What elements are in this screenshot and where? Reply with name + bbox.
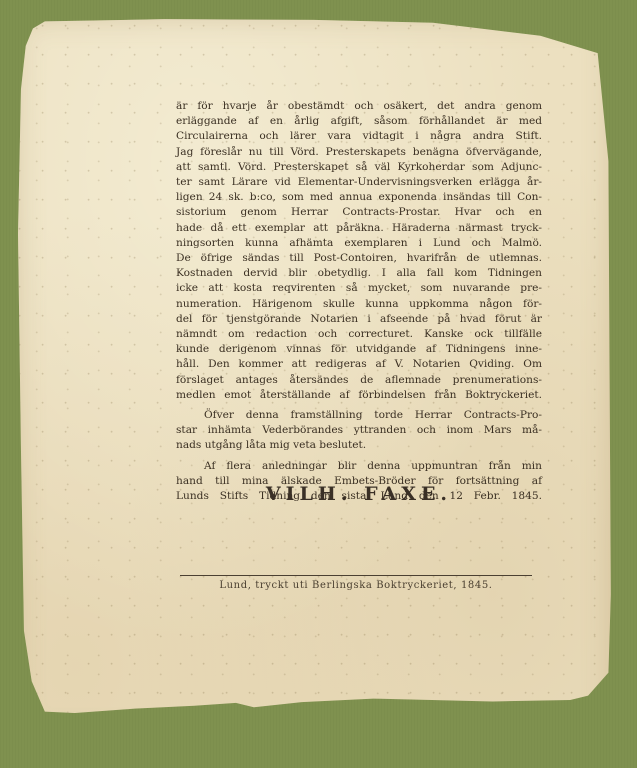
text-line: sistorium genom Herrar Contracts-Prostar… (176, 205, 542, 220)
text-line: Öfver denna framställning torde Herrar C… (176, 408, 542, 423)
text-line: nads utgång låta mig veta beslutet. (176, 438, 542, 453)
body-text: är för hvarje år obestämdt och osäkert, … (176, 99, 542, 504)
text-line: Jag föreslår nu till Vörd. Presterskapet… (176, 145, 542, 160)
horizontal-rule (180, 575, 532, 576)
text-line: De öfrige sändas till Post-Contoiren, hv… (176, 251, 542, 266)
text-line: hade då ett exemplar att påräkna. Härade… (176, 221, 542, 236)
text-line: del för tjenstgörande Notarien i afseend… (176, 312, 542, 327)
text-line: Af flera anledningar blir denna uppmuntr… (176, 459, 542, 474)
text-line: Kostnaden dervid blir obetydlig. I alla … (176, 266, 542, 281)
paragraph-1: är för hvarje år obestämdt och osäkert, … (176, 99, 542, 403)
printer-imprint: Lund, tryckt uti Berlingska Boktryckerie… (180, 580, 532, 591)
text-line: numeration. Härigenom skulle kunna uppko… (176, 297, 542, 312)
text-line: ningsorten kunna afhämta exemplaren i Lu… (176, 236, 542, 251)
text-line: medlen emot återställande af förbindelse… (176, 388, 542, 403)
paragraph-2: Öfver denna framställning torde Herrar C… (176, 408, 542, 454)
text-line: ter samt Lärare vid Elementar-Undervisni… (176, 175, 542, 190)
text-line: erläggande af en årlig afgift, såsom för… (176, 114, 542, 129)
text-line: förslaget antages återsändes de aflemnad… (176, 373, 542, 388)
text-line: håll. Den kommer att redigeras af V. Not… (176, 357, 542, 372)
signature: VILH. FAXE. (176, 483, 542, 505)
text-line: icke att kosta reqvirenten så mycket, so… (176, 281, 542, 296)
text-line: Circulairerna och lärer vara vidtagit i … (176, 129, 542, 144)
text-line: ligen 24 sk. b:co, som med annua exponen… (176, 190, 542, 205)
text-line: star inhämta Vederbörandes yttranden och… (176, 423, 542, 438)
text-line: nämndt om redaction och correcturet. Kan… (176, 327, 542, 342)
text-line: att samtl. Vörd. Presterskapet så väl Ky… (176, 160, 542, 175)
text-line: kunde derigenom vinnas för utvidgande af… (176, 342, 542, 357)
text-line: är för hvarje år obestämdt och osäkert, … (176, 99, 542, 114)
